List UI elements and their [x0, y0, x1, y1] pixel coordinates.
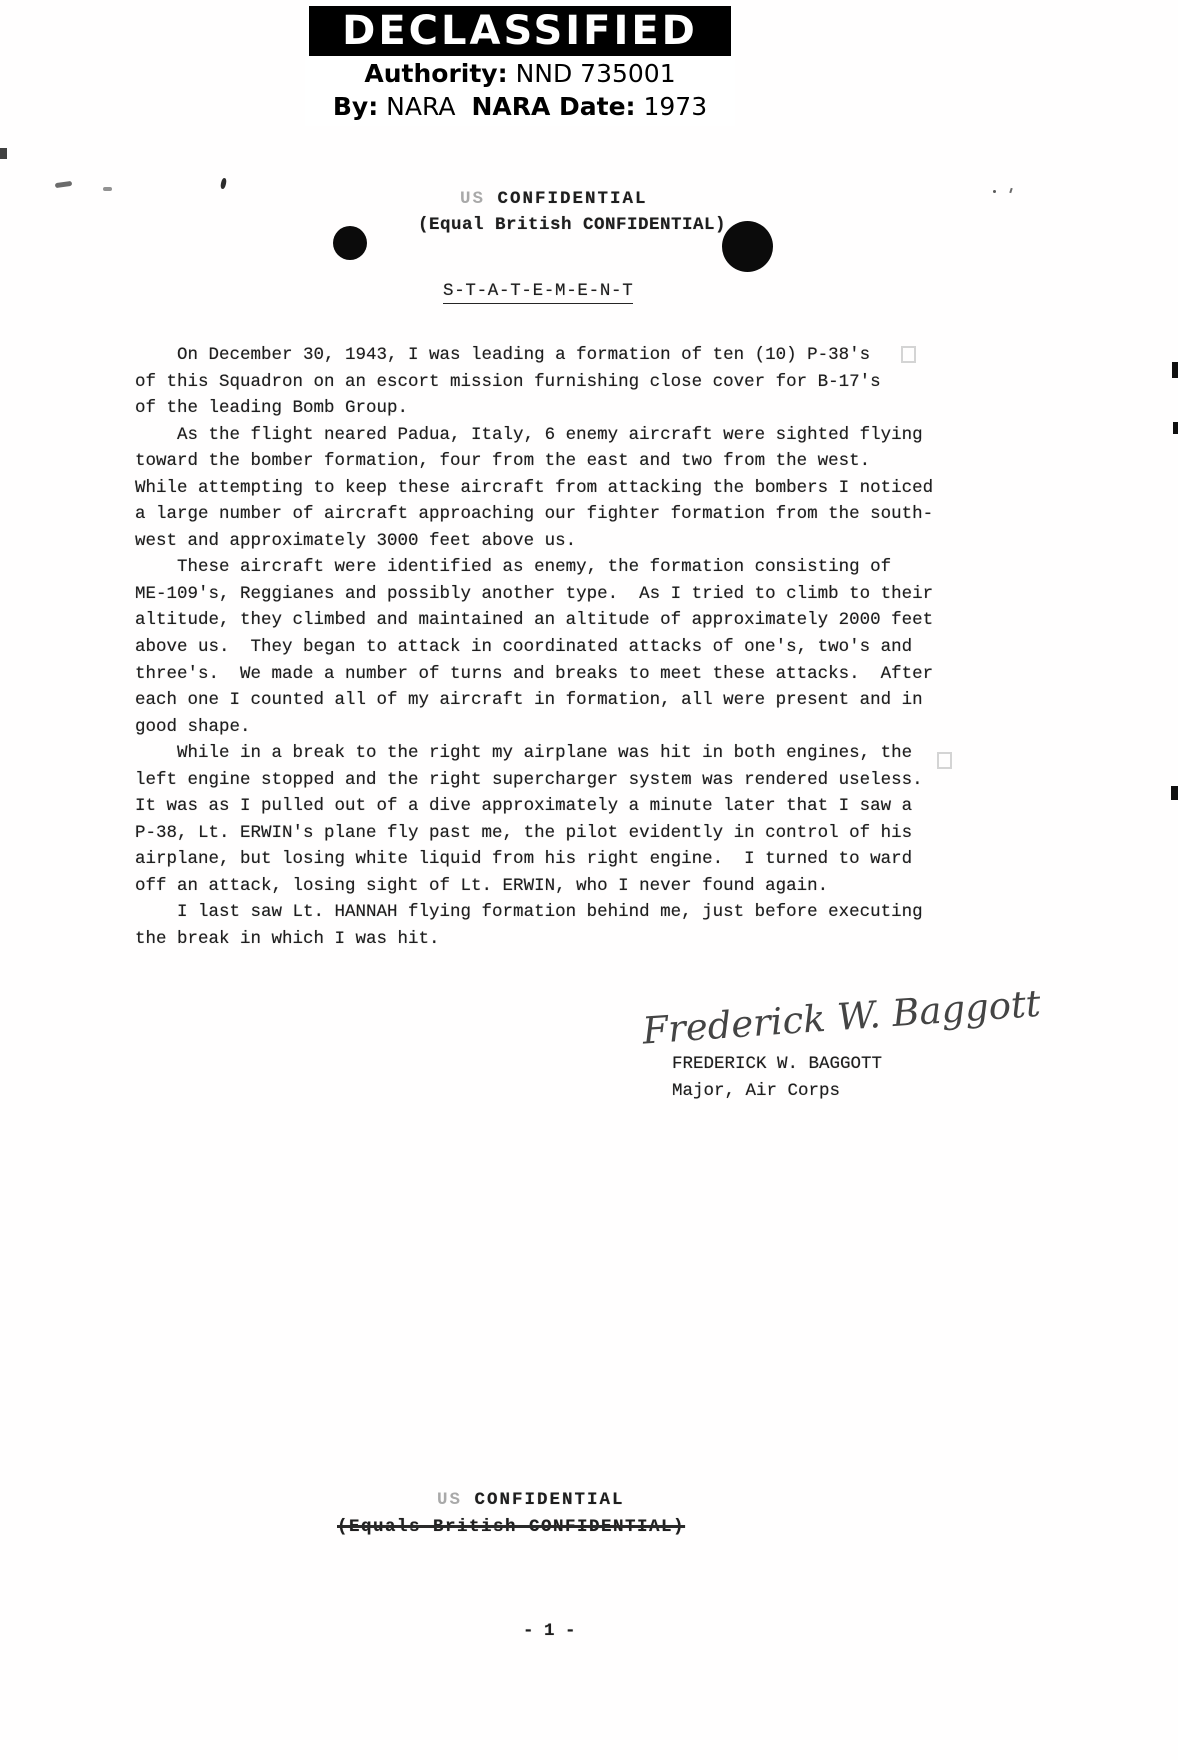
by-label: By: [333, 92, 378, 121]
stamp-by-line: By: NARANARA Date: 1973 [305, 91, 735, 122]
pencil-mark [993, 190, 996, 193]
hole-punch-right [722, 221, 773, 272]
pencil-mark [103, 187, 112, 191]
pencil-mark [55, 181, 73, 188]
authority-label: Authority: [364, 59, 507, 88]
declassified-stamp-title: DECLASSIFIED [309, 6, 731, 56]
declassified-stamp: DECLASSIFIED Authority: NND 735001 By: N… [305, 6, 735, 126]
us-prefix: US [460, 189, 498, 209]
statement-line: toward the bomber formation, four from t… [135, 448, 933, 475]
document-title-text: S-T-A-T-E-M-E-N-T [443, 281, 633, 304]
classification-footer-equal: (Equals British CONFIDENTIAL) [337, 1514, 685, 1541]
statement-line: It was as I pulled out of a dive approxi… [135, 793, 933, 820]
signature-typed-name: FREDERICK W. BAGGOTT [672, 1051, 882, 1078]
classification-footer: US CONFIDENTIAL [437, 1487, 625, 1514]
statement-line: of the leading Bomb Group. [135, 395, 933, 422]
scan-edge-mark [1171, 786, 1178, 800]
statement-line: above us. They began to attack in coordi… [135, 634, 933, 661]
handwritten-signature: Frederick W. Baggott [641, 982, 1033, 1052]
statement-body: On December 30, 1943, I was leading a fo… [135, 342, 933, 953]
classification-header-equal: (Equal British CONFIDENTIAL) [418, 212, 726, 239]
statement-line: On December 30, 1943, I was leading a fo… [135, 342, 933, 369]
statement-line: P-38, Lt. ERWIN's plane fly past me, the… [135, 820, 933, 847]
stamp-authority-line: Authority: NND 735001 [305, 58, 735, 89]
nara-date-value: 1973 [644, 92, 708, 121]
statement-line: left engine stopped and the right superc… [135, 767, 933, 794]
scan-edge-mark [1172, 362, 1178, 378]
scan-edge-mark [1173, 422, 1178, 434]
statement-line: of this Squadron on an escort mission fu… [135, 369, 933, 396]
statement-line: While in a break to the right my airplan… [135, 740, 933, 767]
statement-line: ME-109's, Reggianes and possibly another… [135, 581, 933, 608]
us-prefix: US [437, 1490, 475, 1510]
statement-line: each one I counted all of my aircraft in… [135, 687, 933, 714]
document-title: S-T-A-T-E-M-E-N-T [443, 278, 633, 305]
margin-stamp-mark [937, 752, 952, 769]
statement-line: off an attack, losing sight of Lt. ERWIN… [135, 873, 933, 900]
statement-line: As the flight neared Padua, Italy, 6 ene… [135, 422, 933, 449]
confidential-label: CONFIDENTIAL [498, 189, 648, 209]
statement-line: While attempting to keep these aircraft … [135, 475, 933, 502]
pencil-mark [220, 178, 227, 190]
hole-punch-left [333, 226, 367, 260]
pencil-mark [1009, 188, 1012, 193]
confidential-label: CONFIDENTIAL [475, 1490, 625, 1510]
statement-line: good shape. [135, 714, 933, 741]
statement-line: the break in which I was hit. [135, 926, 933, 953]
statement-line: west and approximately 3000 feet above u… [135, 528, 933, 555]
page-number: - 1 - [523, 1618, 576, 1645]
statement-line: I last saw Lt. HANNAH flying formation b… [135, 899, 933, 926]
classification-header: US CONFIDENTIAL [460, 186, 648, 213]
statement-line: a large number of aircraft approaching o… [135, 501, 933, 528]
by-value: NARA [386, 92, 455, 121]
statement-line: These aircraft were identified as enemy,… [135, 554, 933, 581]
nara-date-label: NARA Date: [471, 92, 635, 121]
statement-line: three's. We made a number of turns and b… [135, 661, 933, 688]
statement-line: altitude, they climbed and maintained an… [135, 607, 933, 634]
scan-edge-mark [0, 148, 7, 159]
signature-typed-title: Major, Air Corps [672, 1078, 840, 1105]
authority-value: NND 735001 [516, 59, 676, 88]
scanned-document-page: DECLASSIFIED Authority: NND 735001 By: N… [0, 0, 1178, 1760]
statement-line: airplane, but losing white liquid from h… [135, 846, 933, 873]
